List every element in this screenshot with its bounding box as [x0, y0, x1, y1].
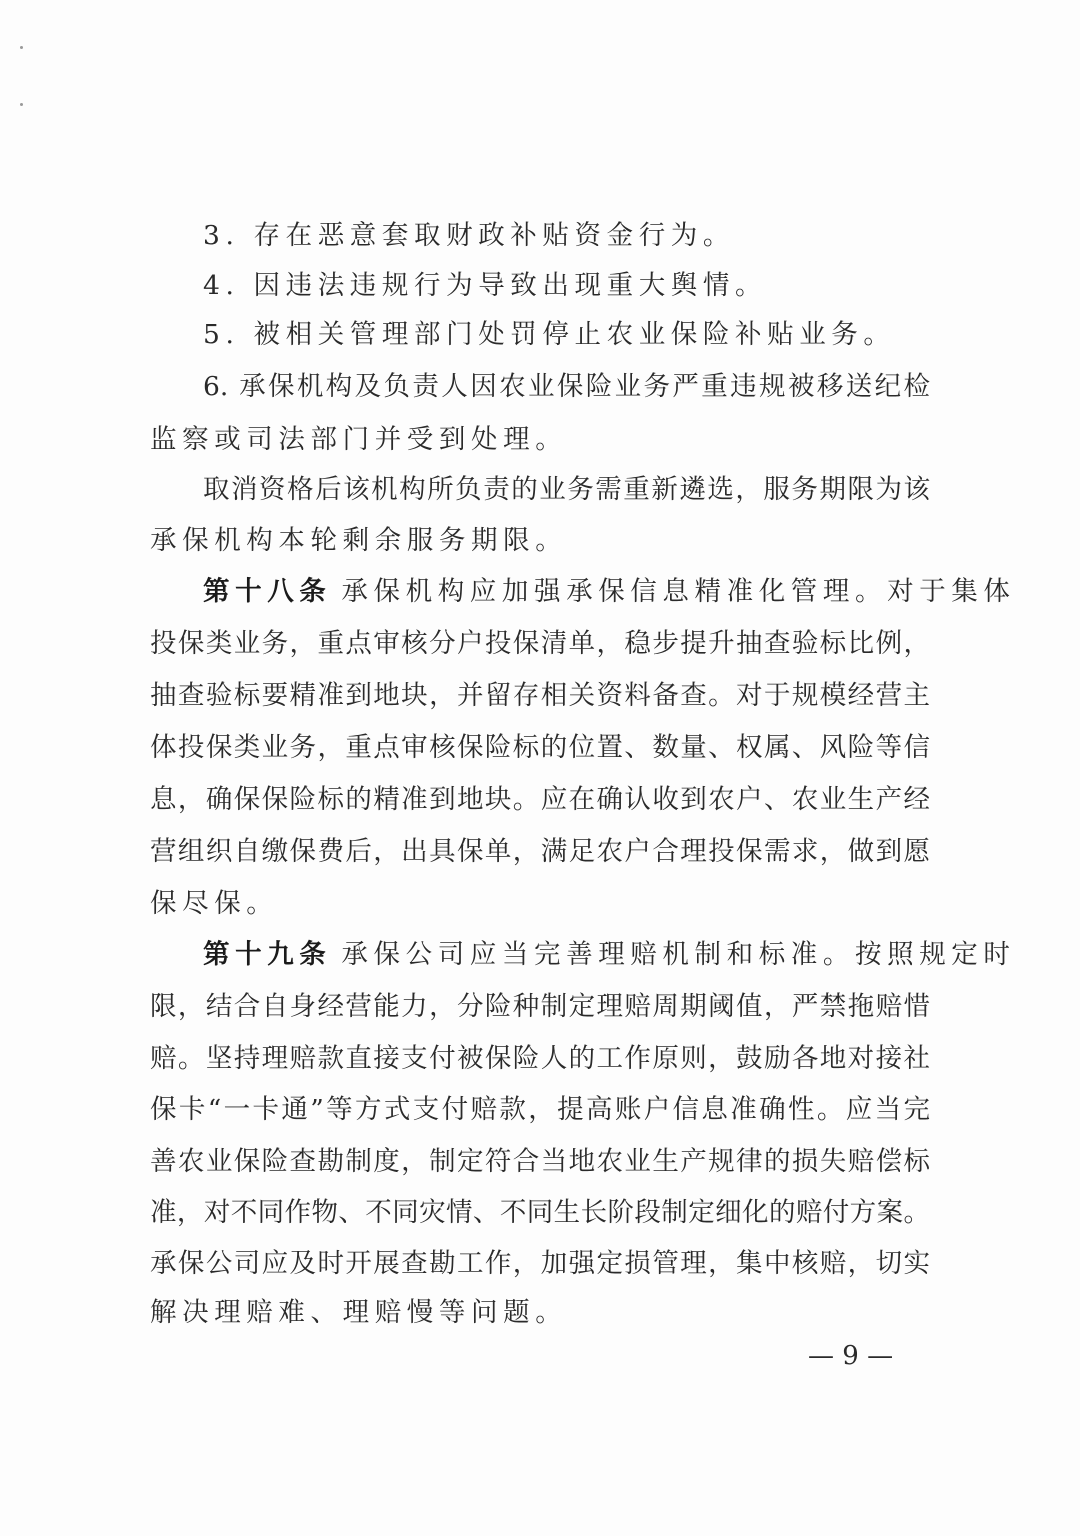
article-19-heading: 第十九条 [203, 939, 331, 970]
document-page: 3. 存在恶意套取财政补贴资金行为。 4. 因违法违规行为导致出现重大舆情。 5… [0, 0, 1080, 1536]
scan-artifact [20, 103, 23, 106]
list-item-3: 3. 存在恶意套取财政补贴资金行为。 [203, 216, 930, 256]
article-19-line: 善农业保险查勘制度，制定符合当地农业生产规律的损失赔偿标 [150, 1142, 930, 1182]
cancellation-note-line-2: 承保机构本轮剩余服务期限。 [150, 521, 930, 561]
article-18-heading: 第十八条 [203, 576, 331, 607]
list-item-6-line-1: 6. 承保机构及负责人因农业保险业务严重违规被移送纪检 [203, 367, 930, 407]
article-18-line: 营组织自缴保费后，出具保单，满足农户合理投保需求，做到愿 [150, 832, 930, 872]
article-19-line: 限，结合自身经营能力，分险种制定理赔周期阈值，严禁拖赔惜 [150, 987, 930, 1027]
list-item-5: 5. 被相关管理部门处罚停止农业保险补贴业务。 [203, 315, 930, 355]
article-18-line: 投保类业务，重点审核分户投保清单，稳步提升抽查验标比例， [150, 624, 930, 664]
article-19-first-line: 第十九条承保公司应当完善理赔机制和标准。按照规定时 [203, 935, 930, 975]
list-item-4: 4. 因违法违规行为导致出现重大舆情。 [203, 266, 930, 306]
article-18-line: 保尽保。 [150, 884, 930, 924]
article-19-line: 解决理赔难、理赔慢等问题。 [150, 1293, 930, 1333]
article-18-line: 息，确保保险标的精准到地块。应在确认收到农户、农业生产经 [150, 780, 930, 820]
cancellation-note-line-1: 取消资格后该机构所负责的业务需重新遴选，服务期限为该 [203, 470, 930, 510]
article-19-line: 赔。坚持理赔款直接支付被保险人的工作原则，鼓励各地对接社 [150, 1039, 930, 1079]
scan-artifact [20, 46, 23, 49]
article-19-line: 保卡“一卡通”等方式支付赔款，提高账户信息准确性。应当完 [150, 1090, 930, 1130]
page-number: — 9 — [808, 1338, 893, 1374]
article-18-first-line-text: 承保机构应加强承保信息精准化管理。对于集体 [341, 576, 1015, 607]
article-19-first-line-text: 承保公司应当完善理赔机制和标准。按照规定时 [341, 939, 1015, 970]
article-18-first-line: 第十八条承保机构应加强承保信息精准化管理。对于集体 [203, 572, 930, 612]
article-18-line: 抽查验标要精准到地块，并留存相关资料备查。对于规模经营主 [150, 676, 930, 716]
article-19-line: 准，对不同作物、不同灾情、不同生长阶段制定细化的赔付方案。 [150, 1193, 930, 1233]
article-19-line: 承保公司应及时开展查勘工作，加强定损管理，集中核赔，切实 [150, 1244, 930, 1284]
article-18-line: 体投保类业务，重点审核保险标的位置、数量、权属、风险等信 [150, 728, 930, 768]
list-item-6-line-2: 监察或司法部门并受到处理。 [150, 420, 930, 460]
